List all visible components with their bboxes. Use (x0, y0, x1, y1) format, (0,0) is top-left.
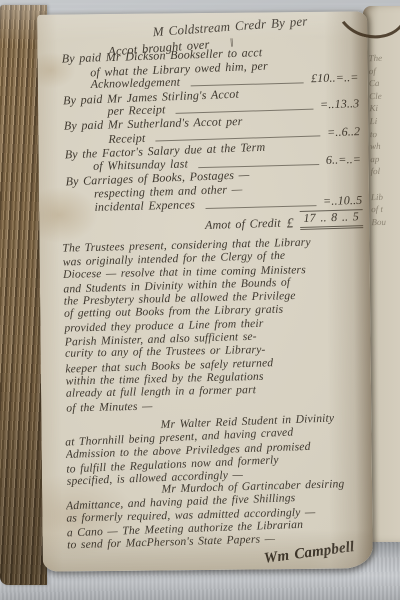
ledger-rows: By paid Mr Dickson Bookseller to acct of… (46, 43, 365, 216)
minute-paragraph-resolution: The Trustees present, considering that t… (62, 234, 372, 414)
ledger-row-text: Acknowledgement (90, 76, 180, 92)
credit-total-amount: 17 .. 8 .. 5 (299, 209, 363, 230)
manuscript-page: M Coldstream Credr By per Accot brought … (37, 11, 373, 571)
ledger-row-text: Receipt (108, 131, 145, 146)
credit-ledger: By paid Mr Dickson Bookseller to acct of… (46, 43, 366, 237)
bleed-through-text: The of Ca Cle Ki Li to wh ap fol Lib of … (368, 52, 386, 229)
manuscript-line-text: of the Minutes — (66, 399, 152, 414)
credit-total-label: Amot of Credit (205, 217, 281, 233)
leader-line (205, 204, 316, 208)
manuscript-photo: The of Ca Cle Ki Li to wh ap fol Lib of … (0, 0, 400, 600)
pound-sign: £ (287, 216, 294, 230)
minute-paragraph-walter-reid: Mr Walter Reid Student in Divinity at Th… (64, 410, 372, 488)
ledger-row-amount: =..10..5 (323, 193, 365, 208)
minute-paragraph-murdoch: Mr Murdoch of Gartincaber desiring Admit… (65, 476, 372, 552)
ledger-row-text: incidental Expences (94, 198, 195, 214)
ledger-row-amount: =..13..3 (320, 97, 362, 112)
